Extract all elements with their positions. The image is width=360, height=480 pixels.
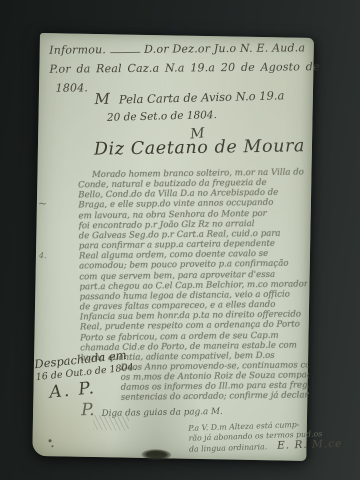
photo-background: Informou. D.or Dez.or Ju.o N. E. Aud.a P… (0, 0, 360, 480)
ink-stroke (110, 43, 140, 53)
annotation-line: Informou. D.or Dez.or Ju.o N. E. Aud.a (49, 38, 305, 59)
signoff: E. R. M.ce (277, 439, 342, 451)
ink-flourish: M (94, 90, 110, 108)
reference-note: MPela Carta de Aviso N.o 19.a 20 de Set.… (94, 85, 285, 127)
annotation-text: D.or Dez.or Ju.o N. E. Aud.a (144, 38, 305, 59)
ink-speck (49, 439, 52, 442)
ink-stain (141, 449, 171, 461)
annotation-line: P.or da Real Caz.a N.a 19.a 20 de Agosto… (49, 57, 305, 78)
closing-block: P.a V. D.m Alteza está cump- rão já abon… (188, 419, 342, 456)
reference-text: Pela Carta de Aviso N.o 19.a (119, 88, 285, 106)
reference-date: 20 de Set.o de 1804. (107, 104, 285, 126)
margin-mark: ~ (38, 197, 47, 210)
closing-text: da lingua ordinaria. (189, 443, 268, 456)
margin-mark: 4. (39, 251, 47, 260)
pencil-hatch-marks (93, 415, 129, 431)
page-title: Diz Caetano de Moura (94, 136, 305, 159)
annotation-text: Informou. (49, 40, 106, 60)
ink-speck (51, 445, 53, 447)
manuscript-paper: Informou. D.or Dez.or Ju.o N. E. Aud.a P… (32, 33, 314, 461)
